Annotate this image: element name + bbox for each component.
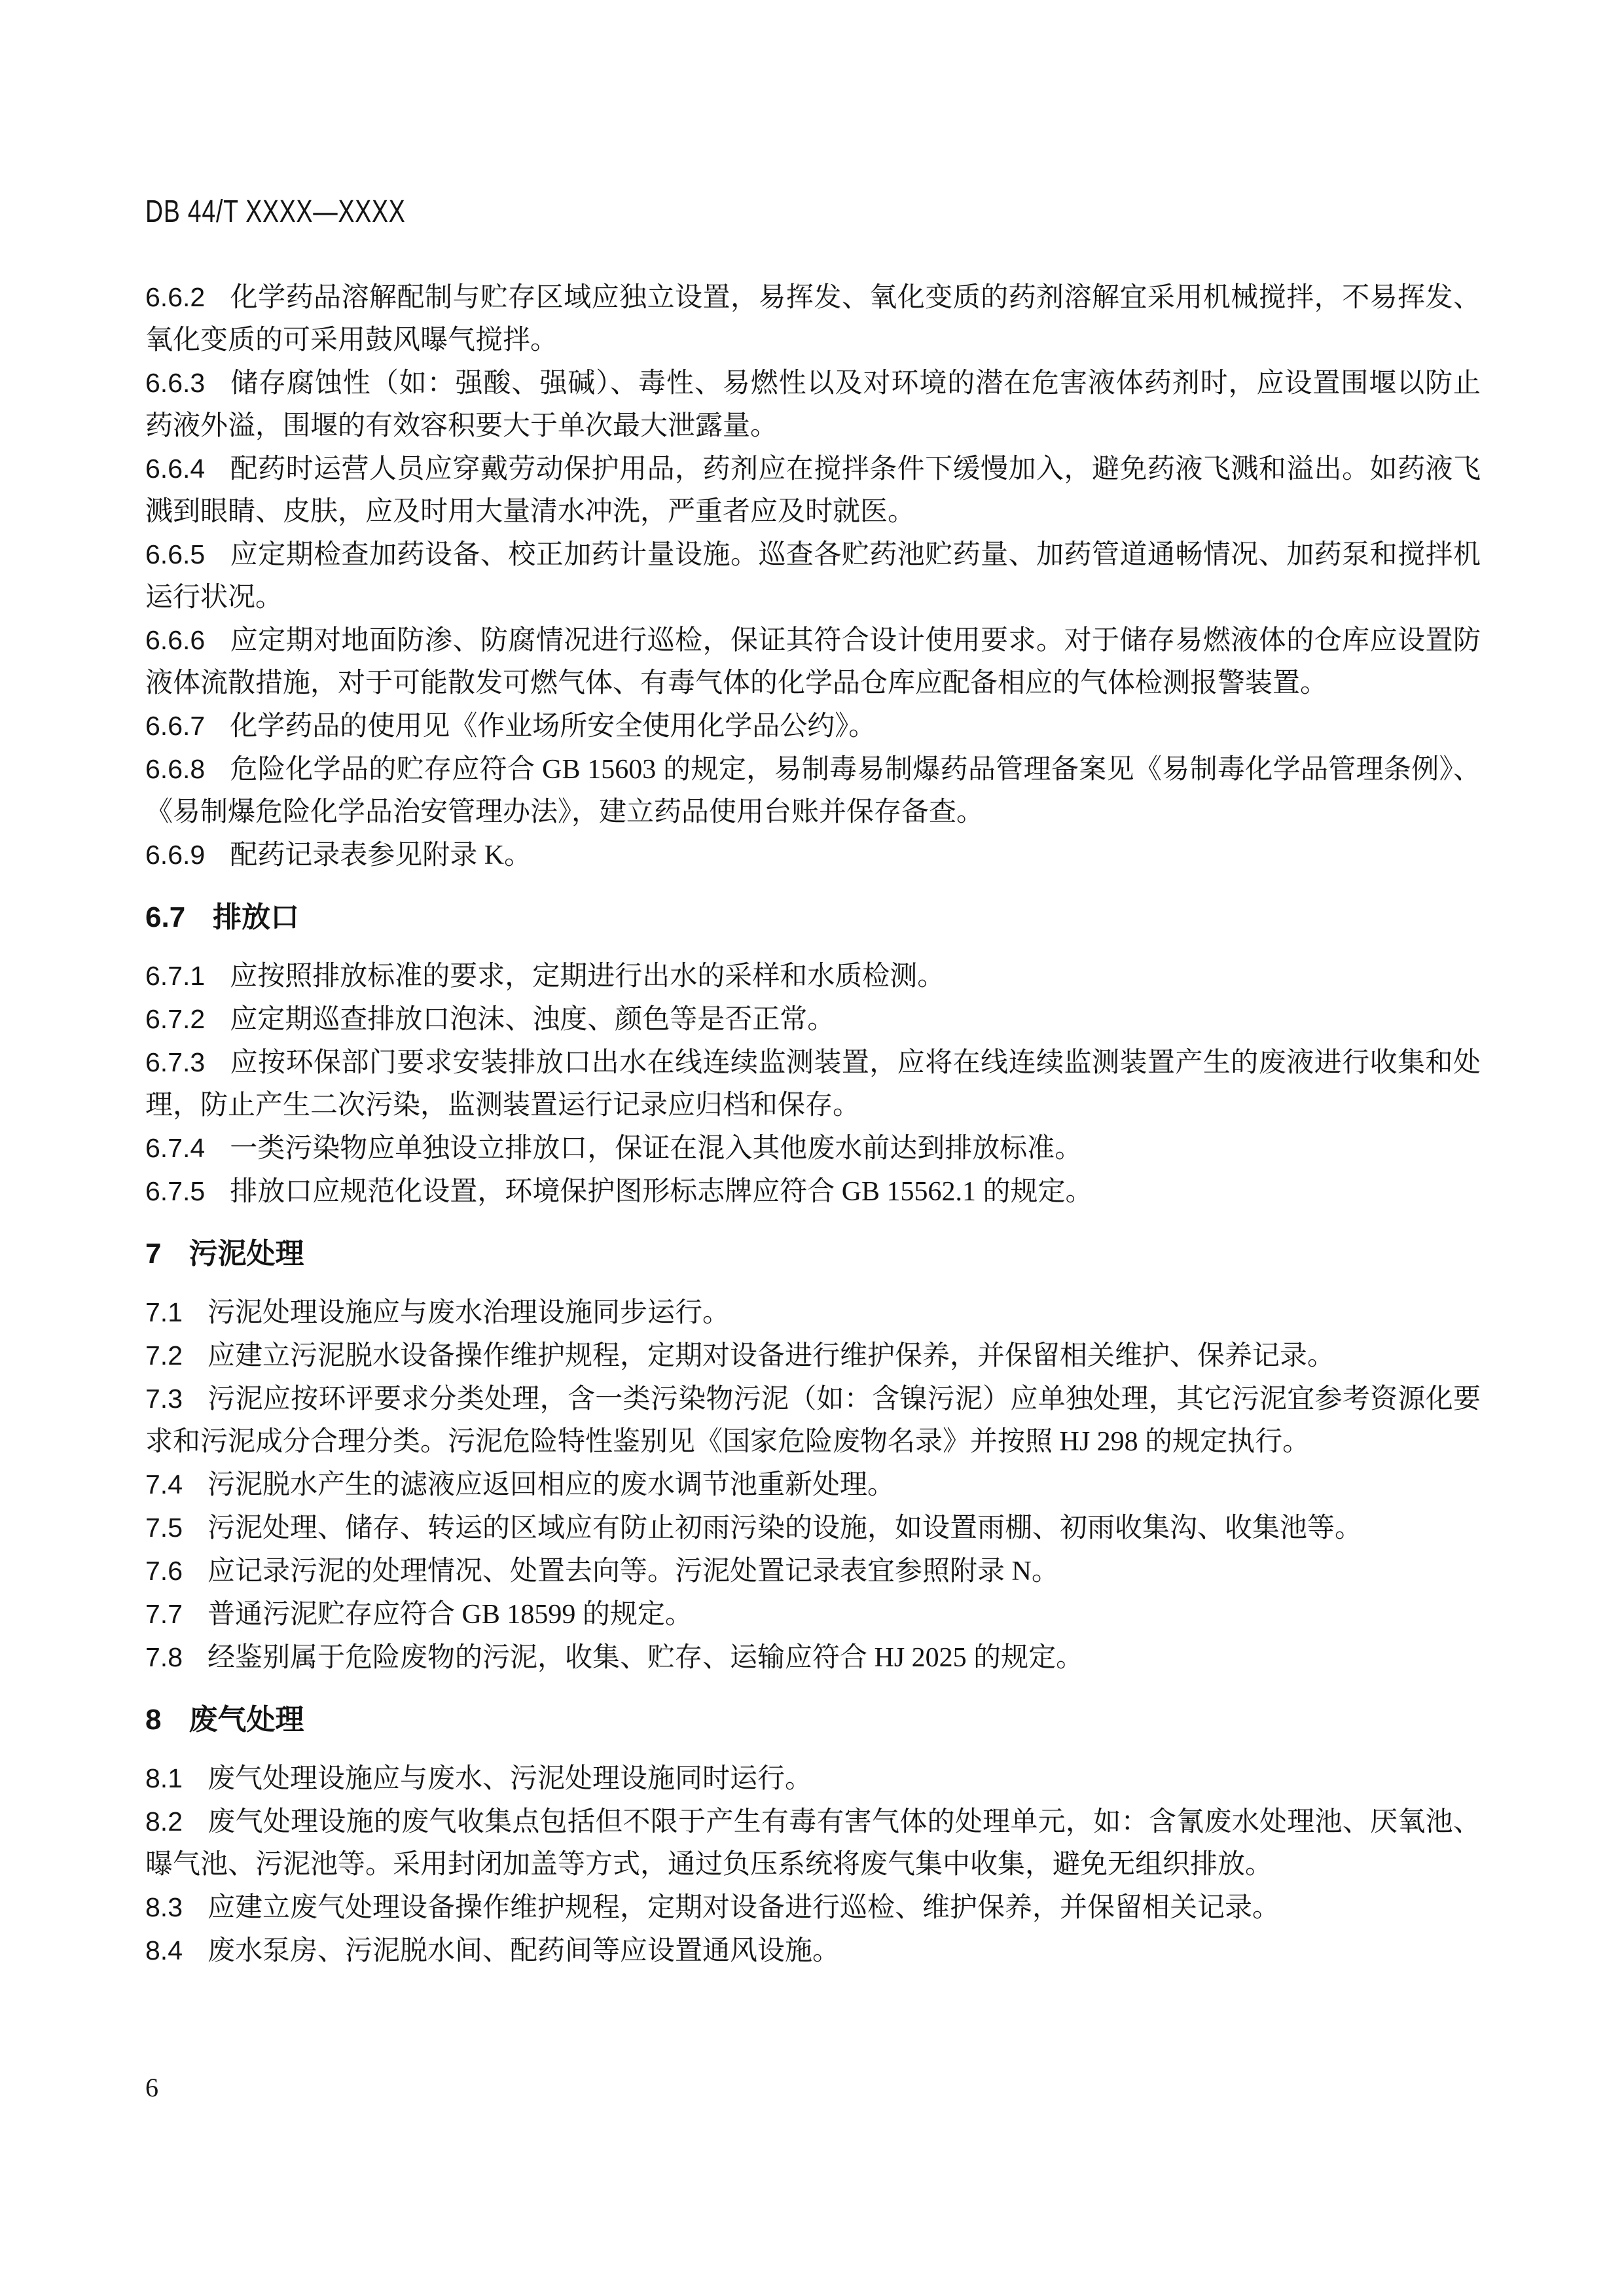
- clause-number: 6.7.2: [145, 1004, 205, 1034]
- heading-7: 7污泥处理: [145, 1232, 1481, 1275]
- clause-number: 6.7.1: [145, 961, 205, 991]
- clause-6-7-5: 6.7.5排放口应规范化设置，环境保护图形标志牌应符合 GB 15562.1 的…: [145, 1170, 1481, 1213]
- clause-number: 6.7.4: [145, 1133, 205, 1163]
- page-number: 6: [145, 2073, 158, 2102]
- clause-number: 6.6.6: [145, 625, 205, 655]
- clause-number: 6.7.3: [145, 1047, 205, 1077]
- document-header: DB 44/T XXXX—XXXX: [145, 196, 1481, 228]
- heading-title: 排放口: [213, 901, 299, 933]
- clause-6-7-2: 6.7.2应定期巡查排放口泡沫、浊度、颜色等是否正常。: [145, 998, 1481, 1041]
- heading-number: 8: [145, 1704, 161, 1736]
- clause-text: 废气处理设施的废气收集点包括但不限于产生有毒有害气体的处理单元，如：含氰废水处理…: [145, 1807, 1481, 1880]
- clause-text: 化学药品溶解配制与贮存区域应独立设置，易挥发、氧化变质的药剂溶解宜采用机械搅拌，…: [145, 283, 1481, 355]
- clause-6-6-7: 6.6.7化学药品的使用见《作业场所安全使用化学品公约》。: [145, 705, 1481, 748]
- clause-6-7-3: 6.7.3应按环保部门要求安装排放口出水在线连续监测装置，应将在线连续监测装置产…: [145, 1041, 1481, 1127]
- clause-text: 应定期巡查排放口泡沫、浊度、颜色等是否正常。: [230, 1005, 835, 1035]
- clause-number: 8.4: [145, 1935, 183, 1965]
- clause-number: 6.6.2: [145, 282, 205, 312]
- clause-number: 6.6.7: [145, 711, 205, 741]
- clause-number: 7.5: [145, 1513, 183, 1543]
- heading-title: 污泥处理: [189, 1238, 304, 1270]
- clause-8-2: 8.2废气处理设施的废气收集点包括但不限于产生有毒有害气体的处理单元，如：含氰废…: [145, 1801, 1481, 1886]
- clause-number: 7.7: [145, 1599, 183, 1629]
- clause-text: 配药时运营人员应穿戴劳动保护用品，药剂应在搅拌条件下缓慢加入，避免药液飞溅和溢出…: [145, 454, 1481, 527]
- clause-7-7: 7.7普通污泥贮存应符合 GB 18599 的规定。: [145, 1593, 1481, 1636]
- clause-text: 排放口应规范化设置，环境保护图形标志牌应符合 GB 15562.1 的规定。: [230, 1177, 1092, 1207]
- clause-number: 7.3: [145, 1384, 183, 1414]
- clause-6-7-1: 6.7.1应按照排放标准的要求，定期进行出水的采样和水质检测。: [145, 955, 1481, 998]
- clause-text: 废气处理设施应与废水、污泥处理设施同时运行。: [208, 1764, 812, 1794]
- clause-text: 经鉴别属于危险废物的污泥，收集、贮存、运输应符合 HJ 2025 的规定。: [208, 1643, 1083, 1673]
- heading-title: 废气处理: [189, 1704, 304, 1736]
- clause-text: 应定期检查加药设备、校正加药计量设施。巡查各贮药池贮药量、加药管道通畅情况、加药…: [145, 540, 1481, 613]
- clause-6-6-5: 6.6.5应定期检查加药设备、校正加药计量设施。巡查各贮药池贮药量、加药管道通畅…: [145, 533, 1481, 619]
- clause-text: 污泥脱水产生的滤液应返回相应的废水调节池重新处理。: [208, 1470, 895, 1500]
- heading-6-7: 6.7排放口: [145, 896, 1481, 939]
- clause-number: 8.2: [145, 1806, 183, 1837]
- clause-number: 7.4: [145, 1469, 183, 1499]
- clause-6-6-9: 6.6.9配药记录表参见附录 K。: [145, 834, 1481, 877]
- clause-6-6-3: 6.6.3储存腐蚀性（如：强酸、强碱）、毒性、易燃性以及对环境的潜在危害液体药剂…: [145, 362, 1481, 448]
- heading-8: 8废气处理: [145, 1698, 1481, 1741]
- clause-7-6: 7.6应记录污泥的处理情况、处置去向等。污泥处置记录表宜参照附录 N。: [145, 1550, 1481, 1593]
- clause-number: 7.2: [145, 1340, 183, 1371]
- clause-7-8: 7.8经鉴别属于危险废物的污泥，收集、贮存、运输应符合 HJ 2025 的规定。: [145, 1636, 1481, 1679]
- clause-number: 6.6.5: [145, 539, 205, 569]
- clause-text: 储存腐蚀性（如：强酸、强碱）、毒性、易燃性以及对环境的潜在危害液体药剂时，应设置…: [145, 368, 1481, 441]
- clause-text: 配药记录表参见附录 K。: [230, 840, 532, 870]
- clause-6-6-4: 6.6.4配药时运营人员应穿戴劳动保护用品，药剂应在搅拌条件下缓慢加入，避免药液…: [145, 448, 1481, 533]
- clause-7-1: 7.1污泥处理设施应与废水治理设施同步运行。: [145, 1291, 1481, 1335]
- clause-6-6-6: 6.6.6应定期对地面防渗、防腐情况进行巡检，保证其符合设计使用要求。对于储存易…: [145, 619, 1481, 705]
- clause-text: 应按环保部门要求安装排放口出水在线连续监测装置，应将在线连续监测装置产生的废液进…: [145, 1048, 1481, 1121]
- clause-number: 6.6.9: [145, 840, 205, 870]
- clause-7-5: 7.5污泥处理、储存、转运的区域应有防止初雨污染的设施，如设置雨棚、初雨收集沟、…: [145, 1507, 1481, 1550]
- clause-text: 应定期对地面防渗、防腐情况进行巡检，保证其符合设计使用要求。对于储存易燃液体的仓…: [145, 626, 1481, 698]
- heading-number: 7: [145, 1238, 161, 1270]
- clause-text: 污泥处理、储存、转运的区域应有防止初雨污染的设施，如设置雨棚、初雨收集沟、收集池…: [208, 1513, 1362, 1543]
- clause-7-3: 7.3污泥应按环评要求分类处理，含一类污染物污泥（如：含镍污泥）应单独处理，其它…: [145, 1378, 1481, 1463]
- clause-number: 7.8: [145, 1642, 183, 1672]
- clause-6-6-8: 6.6.8危险化学品的贮存应符合 GB 15603 的规定，易制毒易制爆药品管理…: [145, 748, 1481, 834]
- clause-7-4: 7.4污泥脱水产生的滤液应返回相应的废水调节池重新处理。: [145, 1463, 1481, 1507]
- clause-number: 6.6.3: [145, 368, 205, 398]
- clause-7-2: 7.2应建立污泥脱水设备操作维护规程，定期对设备进行维护保养，并保留相关维护、保…: [145, 1335, 1481, 1378]
- document-body: 6.6.2化学药品溶解配制与贮存区域应独立设置，易挥发、氧化变质的药剂溶解宜采用…: [145, 276, 1481, 1973]
- clause-8-3: 8.3应建立废气处理设备操作维护规程，定期对设备进行巡检、维护保养，并保留相关记…: [145, 1886, 1481, 1929]
- clause-text: 普通污泥贮存应符合 GB 18599 的规定。: [208, 1600, 693, 1630]
- clause-text: 危险化学品的贮存应符合 GB 15603 的规定，易制毒易制爆药品管理备案见《易…: [145, 755, 1481, 827]
- clause-text: 应按照排放标准的要求，定期进行出水的采样和水质检测。: [230, 961, 945, 992]
- clause-text: 污泥处理设施应与废水治理设施同步运行。: [208, 1298, 730, 1328]
- clause-number: 8.1: [145, 1763, 183, 1793]
- clause-text: 污泥应按环评要求分类处理，含一类污染物污泥（如：含镍污泥）应单独处理，其它污泥宜…: [145, 1384, 1481, 1457]
- clause-text: 化学药品的使用见《作业场所安全使用化学品公约》。: [230, 711, 876, 742]
- clause-number: 7.6: [145, 1556, 183, 1586]
- document-page: DB 44/T XXXX—XXXX 6.6.2化学药品溶解配制与贮存区域应独立设…: [0, 0, 1624, 2296]
- doc-number: DB 44/T XXXX—XXXX: [145, 196, 406, 228]
- clause-number: 7.1: [145, 1297, 183, 1327]
- clause-number: 6.7.5: [145, 1176, 205, 1206]
- clause-number: 6.6.4: [145, 454, 205, 484]
- clause-number: 6.6.8: [145, 754, 205, 784]
- clause-text: 一类污染物应单独设立排放口，保证在混入其他废水前达到排放标准。: [230, 1134, 1082, 1164]
- clause-8-4: 8.4废水泵房、污泥脱水间、配药间等应设置通风设施。: [145, 1929, 1481, 1973]
- clause-text: 应记录污泥的处理情况、处置去向等。污泥处置记录表宜参照附录 N。: [208, 1556, 1059, 1587]
- clause-text: 应建立污泥脱水设备操作维护规程，定期对设备进行维护保养，并保留相关维护、保养记录…: [208, 1341, 1335, 1371]
- heading-number: 6.7: [145, 901, 185, 933]
- clause-text: 废水泵房、污泥脱水间、配药间等应设置通风设施。: [208, 1936, 840, 1966]
- clause-8-1: 8.1废气处理设施应与废水、污泥处理设施同时运行。: [145, 1757, 1481, 1801]
- clause-6-6-2: 6.6.2化学药品溶解配制与贮存区域应独立设置，易挥发、氧化变质的药剂溶解宜采用…: [145, 276, 1481, 362]
- clause-text: 应建立废气处理设备操作维护规程，定期对设备进行巡检、维护保养，并保留相关记录。: [208, 1893, 1280, 1923]
- clause-6-7-4: 6.7.4一类污染物应单独设立排放口，保证在混入其他废水前达到排放标准。: [145, 1127, 1481, 1170]
- clause-number: 8.3: [145, 1892, 183, 1922]
